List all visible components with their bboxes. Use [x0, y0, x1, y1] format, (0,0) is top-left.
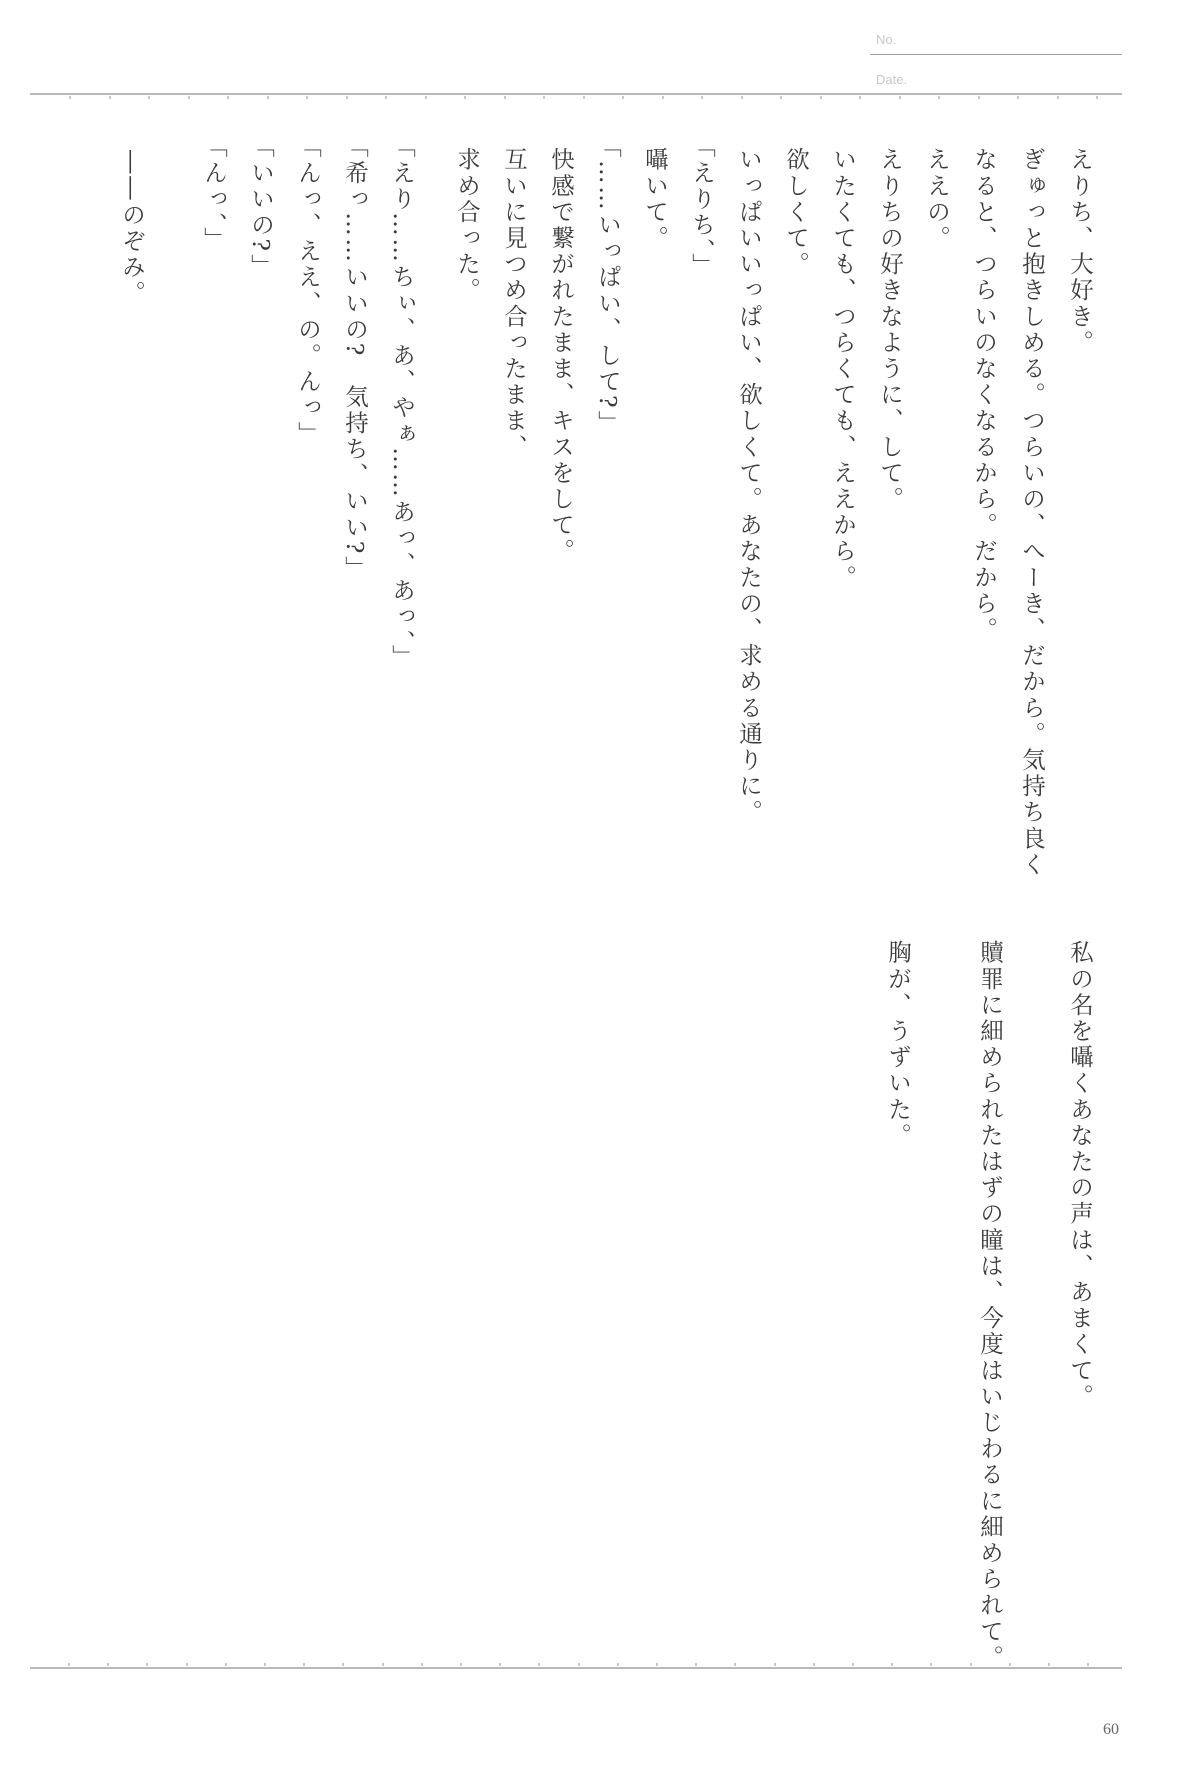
ruler-tick [68, 1663, 70, 1666]
ruler-tick [148, 96, 150, 99]
ruler-tick [622, 96, 624, 99]
ruler-tick [109, 96, 111, 99]
text-line: ぎゅっと抱きしめる。つらいの、へーき、だから。気持ち良く [1018, 147, 1046, 878]
ruler-tick [306, 96, 308, 99]
text-line: えりち、大好き。 [1066, 147, 1094, 356]
text-line: えりちの好きなように、して。 [876, 147, 904, 512]
ruler-tick [583, 96, 585, 99]
ruler-tick [617, 1663, 619, 1666]
ruler-tick [303, 1663, 305, 1666]
page-number: 60 [1103, 1721, 1119, 1739]
text-line: 私の名を囁くあなたの声は、あまくて。 [1066, 940, 1094, 1410]
ruler-tick [938, 96, 940, 99]
ruler-tick [899, 96, 901, 99]
ruler-tick [543, 96, 545, 99]
text-line: 欲しくて。 [782, 147, 810, 278]
ruler-tick [813, 1663, 815, 1666]
ruler-tick [820, 96, 822, 99]
ruler-tick [970, 1663, 972, 1666]
dialogue-line: 「いいの?」 [247, 134, 275, 280]
ruler-tick [264, 1663, 266, 1666]
ruler-tick [1009, 1663, 1011, 1666]
ruler-tick [734, 1663, 736, 1666]
ruler-tick [662, 96, 664, 99]
ruler-tick [780, 96, 782, 99]
ruler-tick [346, 96, 348, 99]
text-line: 快感で繋がれたまま、キスをして。 [547, 147, 575, 565]
dialogue-line: 「んっ、」 [200, 134, 228, 253]
text-line: 「……いっぱい、して?」 [594, 134, 622, 436]
ruler-tick [656, 1663, 658, 1666]
ruler-tick [267, 96, 269, 99]
ruler-tick [852, 1663, 854, 1666]
ruler-tick [460, 1663, 462, 1666]
bottom-rule [30, 1667, 1122, 1669]
signature: ――のぞみ。 [118, 150, 146, 307]
ruler-tick [186, 1663, 188, 1666]
ruler-tick [1096, 96, 1098, 99]
ruler-tick [978, 96, 980, 99]
ruler-tick [1057, 96, 1059, 99]
ruler-tick [578, 1663, 580, 1666]
text-line: 囁いて。 [641, 147, 669, 251]
ruler-tick [701, 96, 703, 99]
ruler-tick [538, 1663, 540, 1666]
ruler-tick [891, 1663, 893, 1666]
ruler-tick [146, 1663, 148, 1666]
ruler-tick [859, 96, 861, 99]
no-label: No. [876, 32, 896, 47]
ruler-tick [69, 96, 71, 99]
ruler-tick [385, 96, 387, 99]
ruler-tick [225, 1663, 227, 1666]
text-line: 求め合った。 [453, 147, 481, 304]
ruler-tick [695, 1663, 697, 1666]
text-line: 互いに見つめ合ったまま、 [500, 147, 528, 460]
ruler-tick [342, 1663, 344, 1666]
ruler-tick [930, 1663, 932, 1666]
ruler-tick [504, 96, 506, 99]
text-line: 「えりち、」 [688, 134, 716, 279]
dialogue-line: 「希っ……いいの? 気持ち、いい?」 [341, 134, 369, 582]
text-line: 贖罪に細められたはずの瞳は、今度はいじわるに細められて。 [976, 940, 1004, 1671]
no-underline [870, 54, 1122, 55]
ruler-tick [1017, 96, 1019, 99]
top-rule [30, 93, 1122, 95]
ruler-tick [421, 1663, 423, 1666]
ruler-tick [464, 96, 466, 99]
text-line: ええの。 [923, 147, 951, 251]
ruler-tick [741, 96, 743, 99]
ruler-tick [499, 1663, 501, 1666]
text-line: いたくても、つらくても、ええから。 [829, 147, 857, 591]
ruler-tick [227, 96, 229, 99]
ruler-tick [425, 96, 427, 99]
text-line: 胸が、うずいた。 [884, 940, 912, 1149]
text-line: いっぱいいっぱい、欲しくて。あなたの、求める通りに。 [735, 147, 763, 826]
ruler-tick [188, 96, 190, 99]
date-label: Date. [876, 72, 907, 87]
dialogue-line: 「えり……ちぃ、あ、やぁ……あっ、あっ、」 [388, 134, 416, 670]
text-line: なると、つらいのなくなるから。だから。 [970, 147, 998, 643]
dialogue-line: 「んっ、ええ、の。んっ」 [294, 134, 322, 447]
ruler-tick [1048, 1663, 1050, 1666]
ruler-tick [774, 1663, 776, 1666]
ruler-tick [1087, 1663, 1089, 1666]
ruler-tick [382, 1663, 384, 1666]
ruler-tick [107, 1663, 109, 1666]
